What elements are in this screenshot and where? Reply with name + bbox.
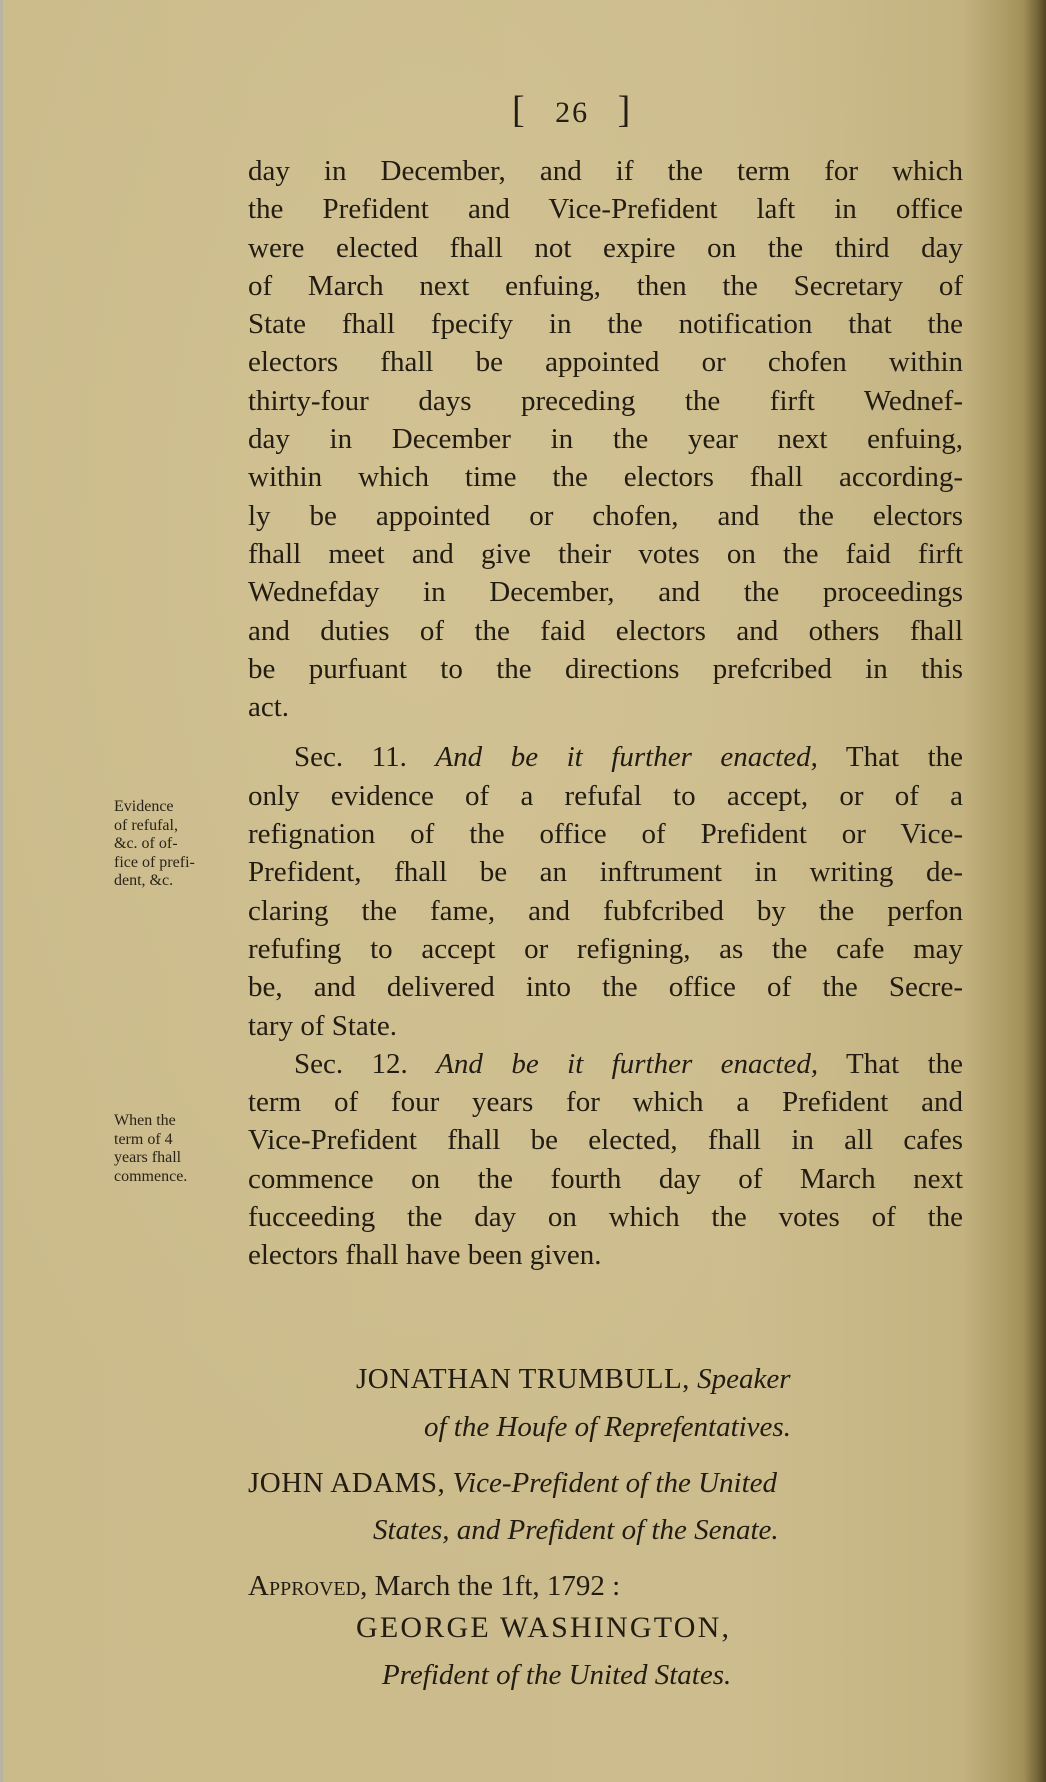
- section-12: Sec. 12. And be it further enacted, That…: [248, 1045, 963, 1275]
- approval-line: Approved, March the 1ft, 1792 :: [248, 1567, 620, 1605]
- vp-name: JOHN ADAMS,: [248, 1467, 445, 1499]
- margin-note-line: term of 4: [114, 1131, 244, 1150]
- text-line: commence on the fourth day of March next: [248, 1160, 963, 1198]
- text-line: electors fhall be appointed or chofen wi…: [248, 343, 963, 381]
- margin-note-line: years fhall: [114, 1149, 244, 1168]
- heading-rest: That the: [846, 741, 963, 773]
- page-left-edge: [0, 0, 3, 1782]
- text-line: Prefident, fhall be an inftrument in wri…: [248, 853, 963, 891]
- text-line: electors fhall have been given.: [248, 1236, 963, 1274]
- text-line: act.: [248, 688, 963, 726]
- margin-note-line: fice of prefi-: [114, 854, 244, 873]
- text-line: and duties of the faid electors and othe…: [248, 612, 963, 650]
- text-line: fhall meet and give their votes on the f…: [248, 535, 963, 573]
- text-line: Vice-Prefident fhall be elected, fhall i…: [248, 1121, 963, 1159]
- speaker-title: Speaker: [697, 1363, 790, 1395]
- text-line: were elected fhall not expire on the thi…: [248, 229, 963, 267]
- continuation-paragraph: day in December, and if the term for whi…: [248, 152, 963, 726]
- page-number-value: 26: [555, 96, 589, 129]
- text-line: of March next enfuing, then the Secretar…: [248, 267, 963, 305]
- body-text: day in December, and if the term for whi…: [248, 152, 963, 1275]
- heading-rest: That the: [846, 1048, 963, 1080]
- enacting-clause: And be it further enacted,: [436, 1048, 818, 1080]
- text-line: refignation of the office of Prefident o…: [248, 815, 963, 853]
- text-line: fucceeding the day on which the votes of…: [248, 1198, 963, 1236]
- section-heading-line: Sec. 11. And be it further enacted, That…: [248, 738, 963, 776]
- book-page: [ 26 ] day in December, and if the term …: [0, 0, 1046, 1782]
- text-line: thirty-four days preceding the firft Wed…: [248, 382, 963, 420]
- text-line: tary of State.: [248, 1007, 963, 1045]
- text-line: day in December in the year next enfuing…: [248, 420, 963, 458]
- section-heading-line: Sec. 12. And be it further enacted, That…: [248, 1045, 963, 1083]
- text-line: be purfuant to the directions prefcribed…: [248, 650, 963, 688]
- approved-label: Approved,: [248, 1570, 367, 1602]
- text-line: be, and delivered into the office of the…: [248, 968, 963, 1006]
- vp-title: Vice-Prefident of the United: [453, 1467, 778, 1499]
- margin-note-line: When the: [114, 1112, 244, 1131]
- margin-note-section-11: Evidence of refufal, &c. of of- fice of …: [114, 798, 244, 891]
- text-line: only evidence of a refufal to accept, or…: [248, 777, 963, 815]
- president-name: GEORGE WASHINGTON,: [356, 1609, 731, 1647]
- text-line: term of four years for which a Prefident…: [248, 1083, 963, 1121]
- text-line: the Prefident and Vice-Prefident laft in…: [248, 190, 963, 228]
- speaker-name: JONATHAN TRUMBULL,: [356, 1363, 690, 1395]
- text-line: refufing to accept or refigning, as the …: [248, 930, 963, 968]
- approved-date: March the 1ft, 1792 :: [375, 1570, 621, 1602]
- margin-note-line: commence.: [114, 1168, 244, 1187]
- text-line: day in December, and if the term for whi…: [248, 152, 963, 190]
- vp-signature: JOHN ADAMS, Vice-Prefident of the United: [248, 1464, 777, 1502]
- text-line: State fhall fpecify in the notification …: [248, 305, 963, 343]
- section-number: Sec. 12.: [294, 1048, 408, 1080]
- bracket-open: [: [512, 89, 527, 131]
- text-line: Wednefday in December, and the proceedin…: [248, 573, 963, 611]
- text-line: claring the fame, and fubfcribed by the …: [248, 892, 963, 930]
- section-number: Sec. 11.: [294, 741, 407, 773]
- margin-note-line: &c. of of-: [114, 835, 244, 854]
- margin-note-line: dent, &c.: [114, 872, 244, 891]
- margin-note-line: of refufal,: [114, 817, 244, 836]
- page-number: [ 26 ]: [512, 88, 672, 132]
- speaker-title-continued: of the Houfe of Reprefentatives.: [424, 1408, 791, 1446]
- page-gutter-shadow: [1024, 0, 1046, 1782]
- president-title: Prefident of the United States.: [382, 1656, 731, 1694]
- speaker-signature: JONATHAN TRUMBULL, Speaker: [356, 1360, 791, 1398]
- section-11: Sec. 11. And be it further enacted, That…: [248, 738, 963, 1044]
- margin-note-section-12: When the term of 4 years fhall commence.: [114, 1112, 244, 1186]
- text-line: within which time the electors fhall acc…: [248, 458, 963, 496]
- bracket-close: ]: [618, 89, 633, 131]
- margin-note-line: Evidence: [114, 798, 244, 817]
- enacting-clause: And be it further enacted,: [435, 741, 817, 773]
- text-line: ly be appointed or chofen, and the elect…: [248, 497, 963, 535]
- vp-title-continued: States, and Prefident of the Senate.: [373, 1511, 779, 1549]
